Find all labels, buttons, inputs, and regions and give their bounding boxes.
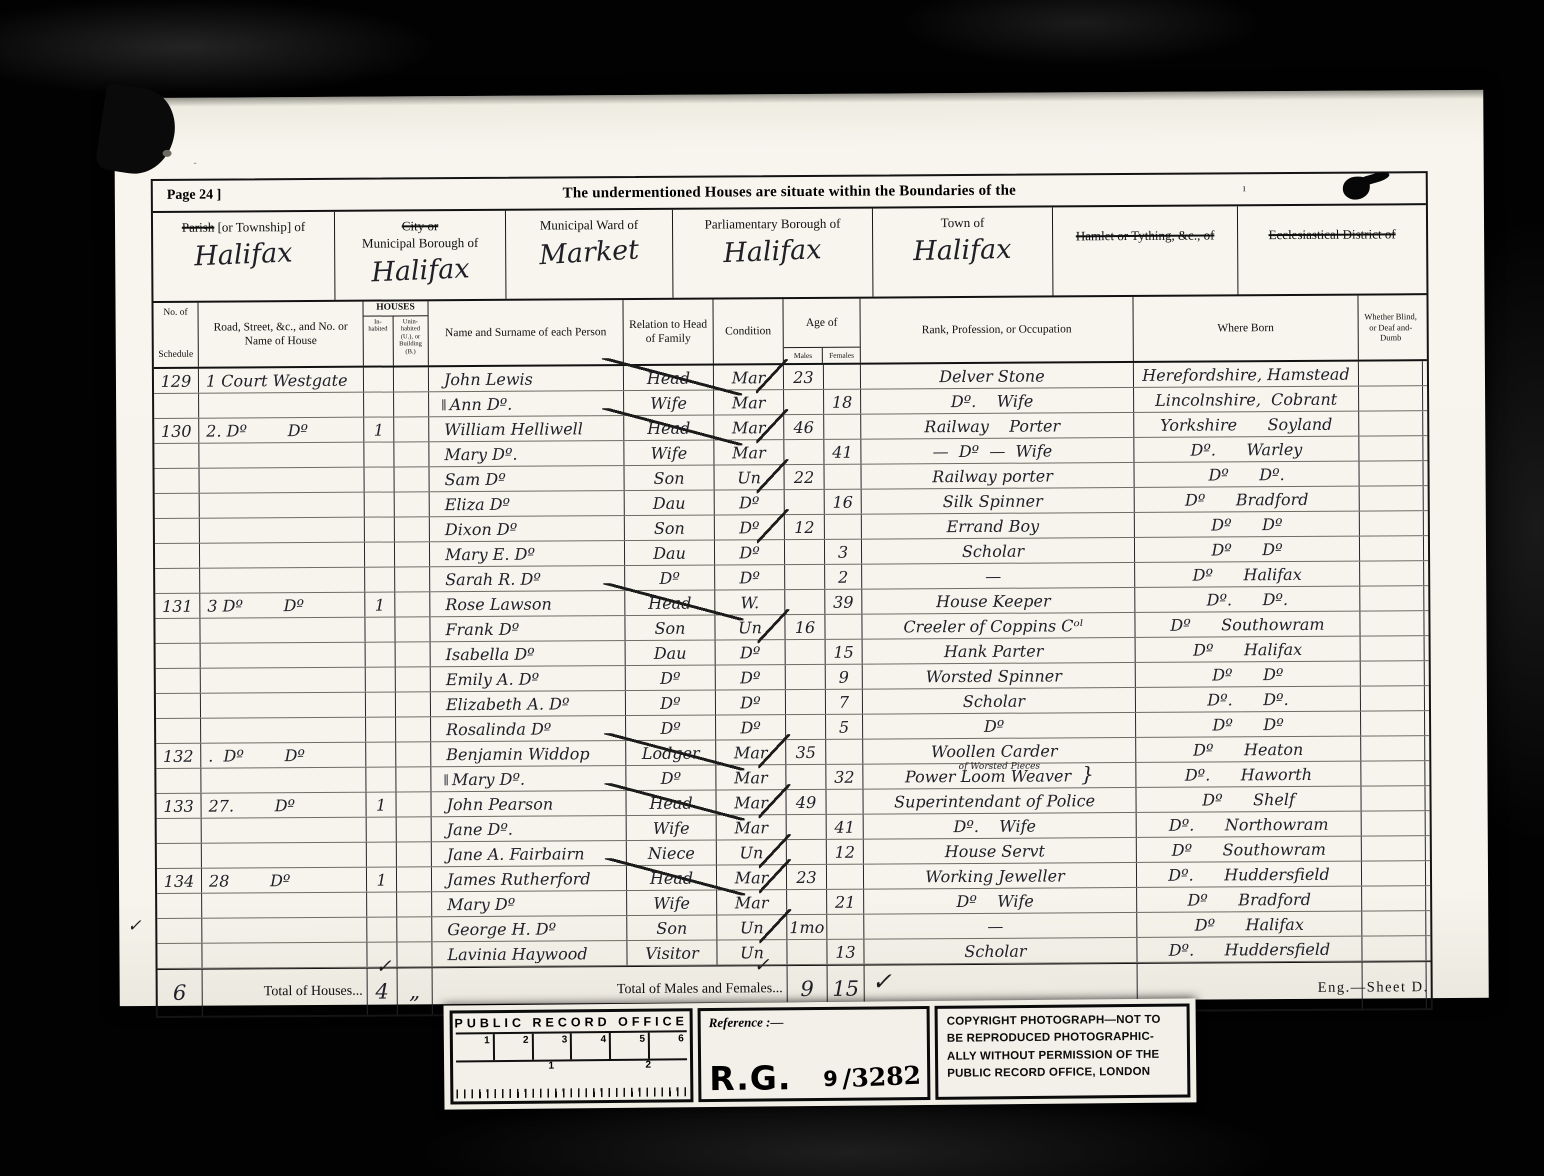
- person-name: Dixon Dº: [445, 520, 517, 540]
- person-name: Elizabeth A. Dº: [446, 694, 570, 715]
- occupation-cell: Dº. Wife: [864, 813, 1137, 839]
- col-blind: Whether Blind, or Deaf and-Dumb: [1358, 295, 1422, 359]
- person-name: Mary Dº: [447, 895, 515, 915]
- occupation-text: Dº Wife: [956, 892, 1033, 911]
- relation-cell: Wife: [624, 391, 714, 416]
- male-age-cell: [785, 490, 825, 514]
- margin-check-mark: ✓: [127, 916, 141, 936]
- condition-cell: Dº: [716, 640, 786, 664]
- address-cell: 2. Dº Dº: [199, 418, 364, 443]
- person-name: Eliza Dº: [445, 495, 510, 515]
- condition-cell: W.: [715, 590, 785, 614]
- district-ward-label: Municipal Ward of: [540, 217, 638, 234]
- occupation-cell: Creeler of Coppins Cᵒˡ: [862, 613, 1135, 639]
- blind-cell: [1361, 686, 1425, 710]
- where-born-cell: Dº. Huddersfield: [1137, 937, 1362, 962]
- name-cell: Rosalinda Dº: [431, 716, 626, 741]
- reference-box: Reference :— R.G. 9 /3282: [698, 1006, 931, 1102]
- male-age-cell: 12: [785, 515, 825, 539]
- uninhabited-cell: [397, 892, 432, 916]
- blind-cell: [1361, 661, 1425, 685]
- blind-cell: [1359, 361, 1423, 385]
- address-cell: 3 Dº Dº: [200, 593, 365, 618]
- col-schedule: No. of Schedule: [153, 303, 198, 367]
- address-cell: [199, 443, 364, 468]
- col-males: Males: [784, 348, 824, 363]
- person-name: Rosalinda Dº: [446, 720, 551, 741]
- male-age-cell: [786, 690, 826, 714]
- occupation-text: House Keeper: [936, 591, 1051, 611]
- blind-cell: [1361, 786, 1425, 810]
- blind-cell: [1360, 536, 1424, 560]
- copyright-line: PUBLIC RECORD OFFICE, LONDON: [947, 1064, 1178, 1084]
- occupation-text: Working Jeweller: [925, 866, 1065, 886]
- schedule-cell: [157, 819, 202, 843]
- where-born-cell: Lincolnshire, Cobrant: [1134, 387, 1359, 412]
- person-name: Emily A. Dº: [446, 670, 539, 691]
- uninhabited-cell: [396, 717, 431, 741]
- occupation-text: Hank Parter: [944, 642, 1043, 662]
- relation-cell: Wife: [627, 816, 717, 841]
- occupation-text: Dº. Wife: [953, 817, 1036, 837]
- address-cell: [202, 918, 367, 943]
- person-name: Jane A. Fairbairn: [447, 844, 585, 865]
- female-age-cell: [824, 465, 861, 489]
- totals-check-mark: ✓: [872, 967, 892, 995]
- copyright-line: BE REPRODUCED PHOTOGRAPHIC-: [947, 1029, 1178, 1049]
- name-cell: Jane A. Fairbairn: [432, 841, 627, 866]
- male-age-cell: 16: [785, 615, 825, 639]
- address-cell: [200, 618, 365, 643]
- female-age-cell: 3: [825, 540, 862, 564]
- pen-mark: ∥: [441, 395, 447, 415]
- female-age-cell: 32: [826, 765, 863, 789]
- occupation-cell: Working Jeweller: [864, 863, 1137, 889]
- female-age-cell: [827, 865, 864, 889]
- schedule-cell: 133: [156, 794, 201, 818]
- condition-cell: Dº: [715, 515, 785, 539]
- uninhabited-cell: [396, 667, 431, 691]
- col-houses: HOUSES In-habitedUnin-habited (U.), or B…: [363, 301, 428, 365]
- female-age-cell: 9: [826, 665, 863, 689]
- name-cell: Dixon Dº: [430, 516, 625, 541]
- relation-cell: Dau: [625, 491, 715, 516]
- person-name: John Lewis: [444, 370, 533, 391]
- inhabited-cell: [364, 392, 394, 416]
- female-age-cell: 16: [825, 490, 862, 514]
- uninhabited-cell: [395, 492, 430, 516]
- district-parish: Parish [or Township] of Halifax: [153, 212, 336, 301]
- where-born-cell: Dº Dº: [1136, 662, 1361, 687]
- relation-cell: Visitor: [627, 941, 717, 966]
- male-age-cell: 23: [787, 865, 827, 889]
- condition-cell: Mar: [717, 865, 787, 889]
- occupation-cell: Hank Parter: [863, 638, 1136, 664]
- form-title: The undermentioned Houses are situate wi…: [153, 180, 1426, 205]
- uninhabited-cell: [396, 767, 431, 791]
- address-cell: [201, 643, 366, 668]
- occupation-text: Superintendant of Police: [894, 791, 1095, 811]
- where-born-cell: Dº Dº: [1135, 537, 1360, 562]
- inhabited-cell: [367, 817, 397, 841]
- dust-specks: [163, 150, 172, 157]
- where-born-cell: Dº Halifax: [1137, 912, 1362, 937]
- occupation-text: Scholar: [963, 692, 1025, 711]
- small-pen-tick: ı: [1243, 182, 1246, 194]
- female-age-cell: 2: [825, 565, 862, 589]
- name-cell: Elizabeth A. Dº: [431, 691, 626, 716]
- person-name: Mary E. Dº: [445, 545, 535, 566]
- condition-cell: Mar: [716, 740, 786, 764]
- name-cell: Sarah R. Dº: [430, 566, 625, 591]
- condition-cell: Mar: [714, 440, 784, 464]
- col-born: Where Born: [1133, 296, 1358, 361]
- inhabited-cell: [364, 367, 394, 391]
- occupation-text: Scholar: [964, 942, 1026, 961]
- schedule-cell: [156, 669, 201, 693]
- male-age-cell: 49: [786, 790, 826, 814]
- address-cell: [202, 843, 367, 868]
- occupation-text: Errand Boy: [947, 517, 1040, 537]
- schedule-cell: 134: [157, 869, 202, 893]
- address-cell: [201, 768, 366, 793]
- name-cell: Emily A. Dº: [431, 666, 626, 691]
- inhabited-cell: 1: [366, 792, 396, 816]
- occupation-cell: Dº. Wife: [861, 388, 1134, 414]
- condition-cell: Un: [715, 615, 785, 639]
- condition-cell: Mar: [717, 815, 787, 839]
- name-cell: Jane Dº.: [432, 816, 627, 841]
- col-inhabited: In-habited: [364, 316, 394, 365]
- occupation-text: —: [985, 567, 1001, 586]
- female-age-cell: 39: [825, 590, 862, 614]
- schedule-cell: [156, 694, 201, 718]
- occupation-cell: Worsted Spinner: [863, 663, 1136, 689]
- schedule-cell: 130: [154, 419, 199, 443]
- inhabited-cell: 1: [365, 592, 395, 616]
- occupation-cell: — Dº — Wife: [861, 438, 1134, 464]
- district-borough-value: Halifax: [371, 253, 470, 288]
- person-name: William Helliwell: [444, 419, 583, 440]
- occupation-text: Dº. Wife: [951, 392, 1034, 412]
- occupation-cell: Scholar: [862, 538, 1135, 564]
- col-age: Age of MalesFemales: [783, 299, 860, 363]
- col-relation: Relation to Head of Family: [623, 300, 713, 365]
- name-cell: Mary E. Dº: [430, 541, 625, 566]
- relation-cell: Dº: [626, 691, 716, 716]
- blind-cell: [1362, 886, 1426, 910]
- address-cell: [200, 543, 365, 568]
- name-cell: Sam Dº: [429, 466, 624, 491]
- copyright-line: ALLY WITHOUT PERMISSION OF THE: [947, 1047, 1178, 1067]
- census-page: ✓ Page 24 ] The undermentioned Houses ar…: [114, 90, 1489, 1006]
- copyright-line: COPYRIGHT PHOTOGRAPH—NOT TO: [947, 1012, 1178, 1032]
- name-cell: Mary Dº.: [429, 441, 624, 466]
- condition-cell: Un: [717, 940, 787, 964]
- male-age-cell: 22: [784, 465, 824, 489]
- male-age-cell: 46: [784, 415, 824, 439]
- occupation-text: — Dº — Wife: [933, 441, 1053, 461]
- uninhabited-cell: [395, 517, 430, 541]
- district-borough-label: City orMunicipal Borough of: [362, 218, 478, 252]
- name-cell: Rose Lawson: [430, 591, 625, 616]
- ruler-centimetres: 1 2: [456, 1060, 687, 1098]
- female-age-cell: 41: [827, 815, 864, 839]
- person-name: Mary Dº.: [444, 445, 517, 465]
- name-cell: William Helliwell: [429, 416, 624, 441]
- person-name: Lavinia Haywood: [447, 944, 587, 965]
- condition-cell: Dº: [715, 540, 785, 564]
- female-age-cell: 21: [827, 890, 864, 914]
- address-cell: [201, 718, 366, 743]
- male-age-cell: [786, 665, 826, 689]
- occupation-cell: Delver Stone: [861, 363, 1134, 389]
- inhabited-cell: [365, 492, 395, 516]
- female-age-cell: [826, 740, 863, 764]
- relation-cell: Dº: [625, 566, 715, 591]
- torn-corner-shadow: [94, 83, 180, 179]
- blind-cell: [1359, 411, 1423, 435]
- male-age-cell: [784, 440, 824, 464]
- occupation-cell: Superintendant of Police: [863, 788, 1136, 814]
- uninhabited-cell: [397, 917, 432, 941]
- address-cell: [200, 568, 365, 593]
- male-age-cell: 1mo: [787, 915, 827, 939]
- schedule-cell: 132: [156, 744, 201, 768]
- person-name: Ann Dº.: [450, 395, 513, 415]
- blind-cell: [1359, 386, 1423, 410]
- uninhabited-cell: [397, 817, 432, 841]
- address-cell: [202, 893, 367, 918]
- pen-mark: ∥: [443, 770, 449, 790]
- condition-cell: Dº: [716, 690, 786, 714]
- condition-cell: Mar: [714, 415, 784, 439]
- record-group-stamp: R.G.: [709, 1058, 792, 1098]
- occupation-cell: House Servt: [864, 838, 1137, 864]
- occupation-cell: of Worsted PiecesPower Loom Weaver}: [863, 763, 1136, 789]
- relation-cell: Dº: [626, 716, 716, 741]
- col-uninhabited: Unin-habited (U.), or Building (B.): [393, 316, 428, 365]
- name-cell: John Lewis: [429, 366, 624, 391]
- relation-cell: Head: [624, 416, 714, 441]
- district-parish-value: Halifax: [194, 237, 293, 272]
- where-born-cell: Dº Halifax: [1136, 637, 1361, 662]
- person-name: Isabella Dº: [446, 645, 535, 666]
- uninhabited-cell: [397, 842, 432, 866]
- occupation-text: Worsted Spinner: [926, 666, 1062, 686]
- male-age-cell: [787, 840, 827, 864]
- relation-cell: Wife: [624, 441, 714, 466]
- relation-cell: Head: [627, 866, 717, 891]
- relation-cell: Head: [625, 591, 715, 616]
- person-name: Benjamin Widdop: [446, 744, 589, 765]
- relation-cell: Dº: [626, 666, 716, 691]
- address-cell: [200, 518, 365, 543]
- blind-cell: [1361, 636, 1425, 660]
- district-ecclesiastical: Ecclesiastical District of: [1238, 205, 1427, 294]
- schedule-cell: [157, 919, 202, 943]
- condition-cell: Un: [717, 840, 787, 864]
- district-ecclesiastical-label: Ecclesiastical District of: [1269, 226, 1396, 244]
- address-cell: 28 Dº: [202, 868, 367, 893]
- name-cell: James Rutherford: [432, 866, 627, 891]
- page-number-label: Page 24 ]: [167, 188, 222, 204]
- occupation-cell: Silk Spinner: [862, 488, 1135, 514]
- person-name: Jane Dº.: [447, 820, 513, 840]
- inhabited-cell: [367, 892, 397, 916]
- piece-number: /3282: [842, 1061, 922, 1093]
- where-born-cell: Dº. Northowram: [1137, 812, 1362, 837]
- condition-cell: Dº: [716, 665, 786, 689]
- uninhabited-cell: [395, 542, 430, 566]
- col-females: Females: [823, 348, 860, 363]
- male-age-cell: [786, 640, 826, 664]
- person-name: Mary Dº.: [452, 770, 525, 790]
- male-age-cell: [785, 565, 825, 589]
- name-cell: George H. Dº: [432, 916, 627, 941]
- where-born-cell: Dº Southowram: [1137, 837, 1362, 862]
- person-name: James Rutherford: [447, 869, 591, 890]
- inhabited-cell: [366, 767, 396, 791]
- female-age-cell: 7: [826, 690, 863, 714]
- address-cell: [201, 693, 366, 718]
- where-born-cell: Herefordshire, Hamstead: [1134, 362, 1359, 387]
- condition-cell: Dº: [715, 565, 785, 589]
- census-scan: { "header": { "page_label": "Page 24 ]",…: [0, 0, 1544, 1176]
- where-born-cell: Dº Halifax: [1135, 562, 1360, 587]
- blind-cell: [1361, 736, 1425, 760]
- blind-cell: [1360, 611, 1424, 635]
- occupation-text: —: [987, 917, 1003, 936]
- male-age-cell: [787, 815, 827, 839]
- schedule-cell: 129: [154, 369, 199, 393]
- inhabited-cell: [366, 667, 396, 691]
- inhabited-cell: [367, 917, 397, 941]
- occupation-text: Railway Porter: [924, 416, 1060, 436]
- occupation-text: Silk Spinner: [943, 492, 1043, 512]
- census-form: Page 24 ] The undermentioned Houses are …: [151, 171, 1433, 1018]
- blind-cell: [1362, 836, 1426, 860]
- name-cell: Mary Dº: [432, 891, 627, 916]
- condition-cell: Mar: [716, 790, 786, 814]
- uninhabited-cell: [394, 392, 429, 416]
- occupation-cell: Railway Porter: [861, 413, 1134, 439]
- occupation-cell: Errand Boy: [862, 513, 1135, 539]
- female-age-cell: 15: [826, 640, 863, 664]
- schedule-cell: [156, 719, 201, 743]
- person-name: George H. Dº: [447, 920, 556, 941]
- schedule-cell: [157, 844, 202, 868]
- relation-cell: Son: [627, 916, 717, 941]
- blind-cell: [1359, 436, 1423, 460]
- ruler: 1 2 3 4 5 6 1 2: [456, 1030, 688, 1098]
- address-cell: 27. Dº: [201, 793, 366, 818]
- person-name: Sarah R. Dº: [445, 570, 541, 591]
- schedule-cell: [154, 394, 199, 418]
- schedule-cell: [156, 769, 201, 793]
- relation-cell: Wife: [627, 891, 717, 916]
- blind-cell: [1361, 711, 1425, 735]
- col-occupation: Rank, Profession, or Occupation: [860, 297, 1133, 363]
- where-born-cell: Yorkshire Soyland: [1134, 412, 1359, 437]
- where-born-cell: Dº Heaton: [1136, 737, 1361, 762]
- name-cell: ∥Ann Dº.: [429, 391, 624, 416]
- occupation-cell: —: [864, 913, 1137, 939]
- relation-cell: Head: [624, 366, 714, 391]
- female-age-cell: 41: [824, 440, 861, 464]
- occupation-text: Dº: [984, 717, 1004, 736]
- males-check-mark: ✓: [753, 954, 769, 976]
- district-town-value: Halifax: [913, 234, 1012, 267]
- male-age-cell: 23: [784, 365, 824, 389]
- uninhabited-cell: [396, 792, 431, 816]
- column-header-row: No. of Schedule Road, Street, &c., and N…: [153, 295, 1426, 369]
- col-name: Name and Surname of each Person: [428, 300, 623, 365]
- male-age-cell: [786, 765, 826, 789]
- schedule-cell: [155, 619, 200, 643]
- schedule-cell: [156, 644, 201, 668]
- where-born-cell: Dº. Warley: [1134, 437, 1359, 462]
- schedule-cell: [157, 944, 202, 968]
- schedule-cell: [155, 494, 200, 518]
- person-name: Frank Dº: [445, 620, 519, 640]
- inhabited-cell: [366, 642, 396, 666]
- male-age-cell: 35: [786, 740, 826, 764]
- condition-cell: Dº: [715, 490, 785, 514]
- person-name: Rose Lawson: [445, 595, 552, 616]
- male-age-cell: [787, 940, 827, 964]
- inhabited-cell: 1: [364, 417, 394, 441]
- condition-cell: Un: [717, 915, 787, 939]
- occupation-text: Creeler of Coppins Cᵒˡ: [903, 616, 1083, 636]
- schedule-cell: [157, 894, 202, 918]
- inhabited-cell: [366, 692, 396, 716]
- district-ward: Municipal Ward of Market: [506, 210, 674, 299]
- relation-cell: Niece: [627, 841, 717, 866]
- schedule-cell: [155, 569, 200, 593]
- where-born-cell: Dº. Haworth: [1136, 762, 1361, 787]
- name-cell: Lavinia Haywood: [432, 941, 627, 966]
- blind-cell: [1360, 511, 1424, 535]
- occupation-text: Scholar: [962, 542, 1024, 561]
- ruler-inches: 1 2 3 4 5 6: [456, 1032, 687, 1062]
- inhabited-cell: [367, 842, 397, 866]
- relation-cell: Head: [626, 791, 716, 816]
- occupation-cell: House Keeper: [862, 588, 1135, 614]
- inhabited-cell: [366, 742, 396, 766]
- occupation-cell: Railway porter: [861, 463, 1134, 489]
- uninhabited-cell: [396, 642, 431, 666]
- female-age-cell: [826, 790, 863, 814]
- col-road: Road, Street, &c., and No. or Name of Ho…: [198, 302, 363, 367]
- district-borough: City orMunicipal Borough of Halifax: [335, 211, 507, 300]
- district-town: Town of Halifax: [873, 207, 1054, 296]
- pro-stamp: PUBLIC RECORD OFFICE 1 2 3 4 5 6 1 2 Ref…: [444, 998, 1197, 1109]
- uninhabited-cell: [397, 942, 432, 966]
- pro-ruler-box: PUBLIC RECORD OFFICE 1 2 3 4 5 6 1 2: [450, 1008, 694, 1104]
- occupation-text: House Servt: [945, 842, 1045, 862]
- address-cell: 1 Court Westgate: [199, 368, 364, 393]
- uninhabited-cell: [395, 567, 430, 591]
- col-condition: Condition: [713, 299, 783, 363]
- condition-cell: Dº: [716, 715, 786, 739]
- address-cell: [202, 943, 367, 968]
- female-age-cell: [827, 915, 864, 939]
- person-name: John Pearson: [447, 795, 554, 816]
- pro-office-title: PUBLIC RECORD OFFICE: [453, 1011, 690, 1032]
- district-town-label: Town of: [941, 215, 985, 232]
- female-age-cell: [825, 615, 862, 639]
